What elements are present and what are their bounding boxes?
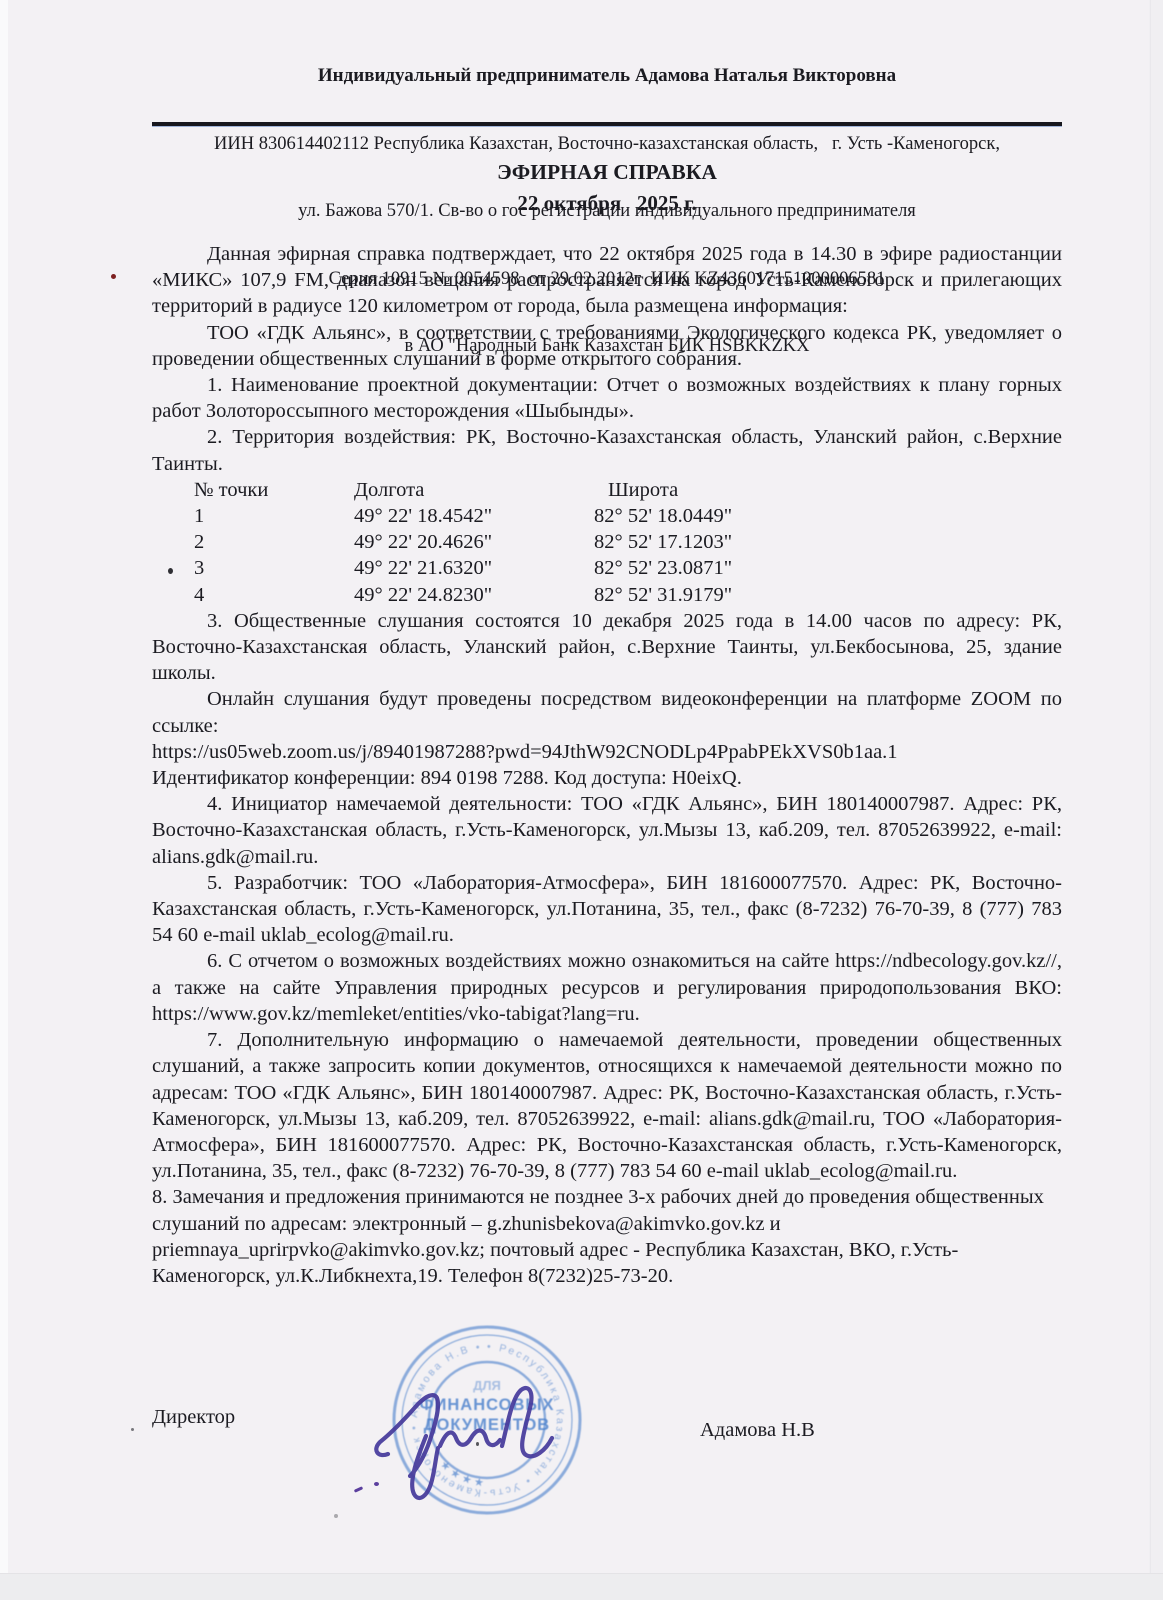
conference-id-line: Идентификатор конференции: 894 0198 7288…: [152, 765, 1062, 791]
paragraph-item7-additional-info: 7. Дополнительную информацию о намечаемо…: [152, 1027, 1062, 1184]
cell-point: 4: [194, 582, 354, 608]
paragraph-online-hearings: Онлайн слушания будут проведены посредст…: [152, 686, 1062, 738]
handwritten-signature: [360, 1360, 600, 1515]
document-title: ЭФИРНАЯ СПРАВКА: [127, 160, 1087, 185]
cell-longitude: 49° 22' 20.4626": [354, 529, 594, 555]
cell-point: 3: [194, 555, 354, 581]
letterhead-iin-address: ИИН 830614402112 Республика Казахстан, В…: [127, 133, 1087, 156]
scan-speck-red: [111, 274, 116, 279]
signature-svg: [360, 1360, 600, 1510]
col-header-latitude: Широта: [594, 477, 1062, 503]
table-row: 4 49° 22' 24.8230" 82° 52' 31.9179": [194, 582, 1062, 608]
paragraph-item3-hearings: 3. Общественные слушания состоятся 10 де…: [152, 608, 1062, 687]
paragraph-item2-territory: 2. Территория воздействия: РК, Восточно-…: [152, 424, 1062, 476]
paragraph-item6-report-website: 6. С отчетом о возможных воздействиях мо…: [152, 948, 1062, 1027]
table-row: 2 49° 22' 20.4626" 82° 52' 17.1203": [194, 529, 1062, 555]
scan-edge-left: [0, 0, 8, 1600]
paragraph-item8-remarks: 8. Замечания и предложения принимаются н…: [152, 1184, 1062, 1289]
director-name: Адамова Н.В: [700, 1419, 815, 1442]
paragraph-announcement: ТОО «ГДК Альянс», в соответствии с требо…: [152, 320, 1062, 372]
scan-edge-bottom: [0, 1573, 1163, 1600]
paragraph-item5-developer: 5. Разработчик: ТОО «Лаборатория-Атмосфе…: [152, 870, 1062, 949]
letterhead-divider-rule: [152, 122, 1062, 127]
scan-edge-right: [1149, 0, 1163, 1600]
table-row: 3 49° 22' 21.6320" 82° 52' 23.0871": [194, 555, 1062, 581]
cell-latitude: 82° 52' 31.9179": [594, 582, 1062, 608]
letterhead-entrepreneur-name: Индивидуальный предприниматель Адамова Н…: [127, 65, 1087, 88]
cell-latitude: 82° 52' 18.0449": [594, 503, 1062, 529]
cell-point: 1: [194, 503, 354, 529]
cell-point: 2: [194, 529, 354, 555]
document-body: Данная эфирная справка подтверждает, что…: [152, 241, 1062, 1289]
scan-speck: [131, 1428, 134, 1431]
scanned-document-page: Индивидуальный предприниматель Адамова Н…: [0, 0, 1163, 1600]
coordinates-table: № точки Долгота Широта 1 49° 22' 18.4542…: [152, 477, 1062, 608]
scan-seam: [1150, 0, 1151, 1573]
table-row: 1 49° 22' 18.4542" 82° 52' 18.0449": [194, 503, 1062, 529]
cell-latitude: 82° 52' 17.1203": [594, 529, 1062, 555]
col-header-longitude: Долгота: [354, 477, 594, 503]
zoom-meeting-url: https://us05web.zoom.us/j/89401987288?pw…: [152, 739, 1062, 765]
cell-latitude: 82° 52' 23.0871": [594, 555, 1062, 581]
paragraph-confirmation: Данная эфирная справка подтверждает, что…: [152, 241, 1062, 320]
scan-speck: [334, 1514, 338, 1518]
document-date: 22 октября 2025 г.: [127, 191, 1087, 216]
paragraph-item1-documentation: 1. Наименование проектной документации: …: [152, 372, 1062, 424]
paragraph-item4-initiator: 4. Инициатор намечаемой деятельности: ТО…: [152, 791, 1062, 870]
coordinates-table-header: № точки Долгота Широта: [194, 477, 1062, 503]
col-header-point: № точки: [194, 477, 354, 503]
cell-longitude: 49° 22' 21.6320": [354, 555, 594, 581]
cell-longitude: 49° 22' 24.8230": [354, 582, 594, 608]
director-label: Директор: [152, 1406, 235, 1429]
cell-longitude: 49° 22' 18.4542": [354, 503, 594, 529]
